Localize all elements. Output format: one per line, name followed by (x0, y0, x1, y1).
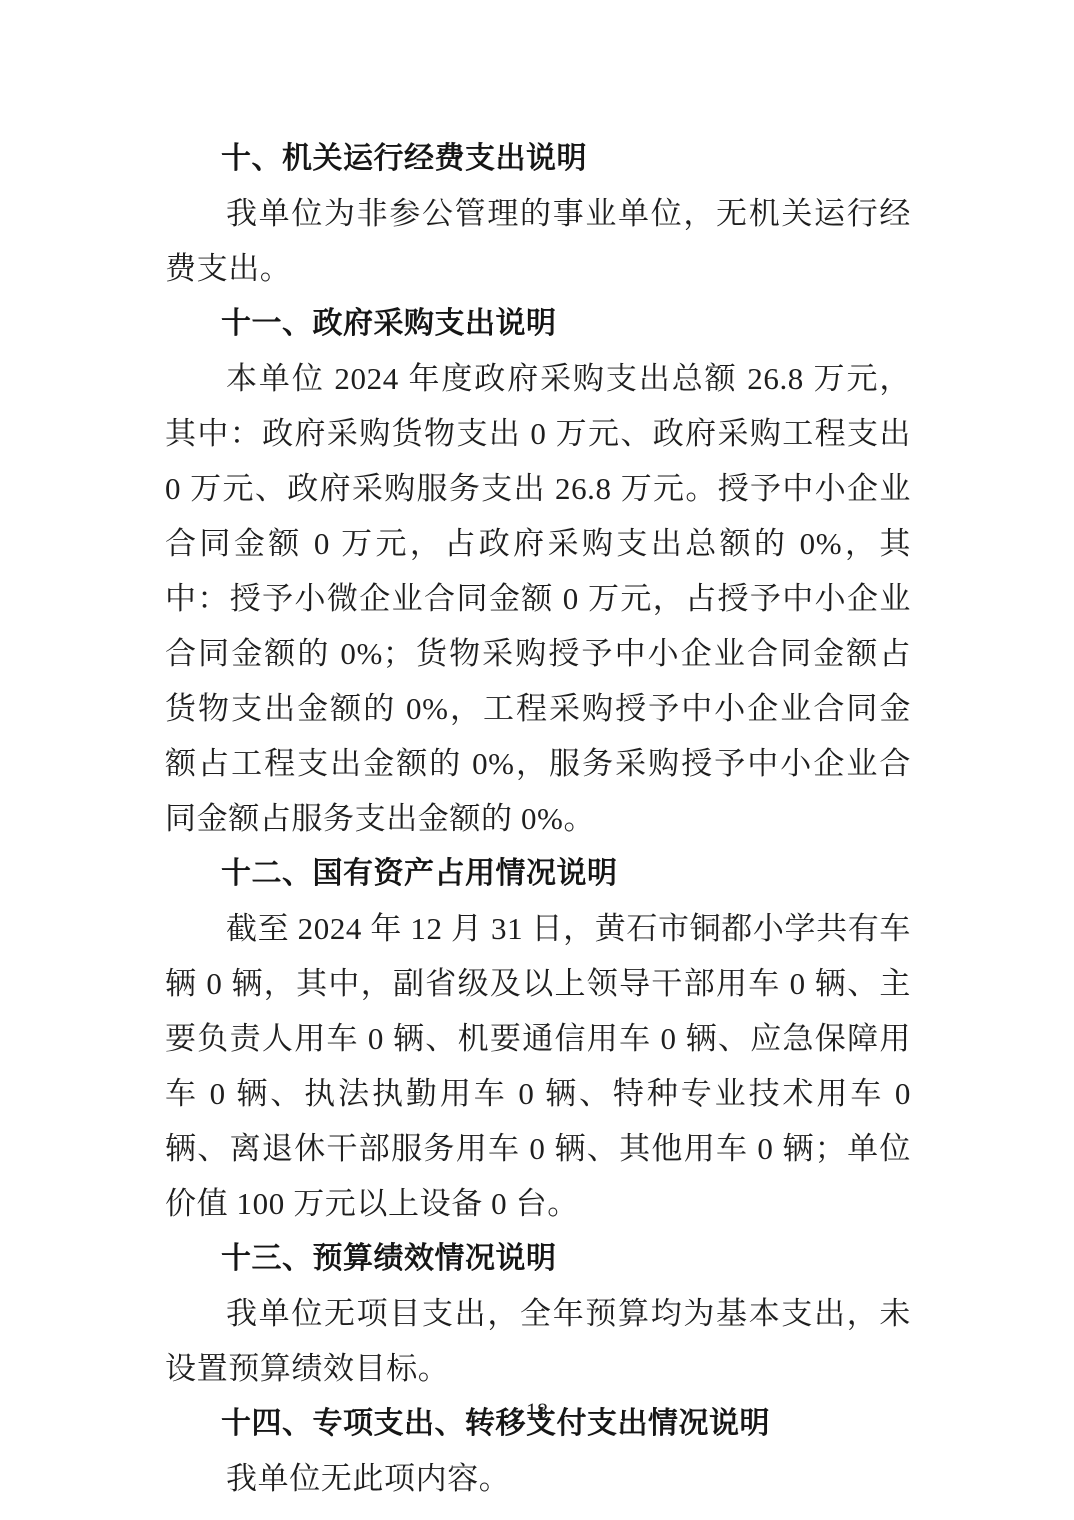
page-footer: 18 (0, 1398, 1074, 1424)
document-page: 十、机关运行经费支出说明我单位为非参公管理的事业单位，无机关运行经费支出。十一、… (0, 0, 1074, 1520)
page-number: 18 (526, 1398, 548, 1423)
section-3-paragraph-1: 截至 2024 年 12 月 31 日，黄石市铜都小学共有车辆 0 辆，其中，副… (165, 901, 911, 1231)
section-2-paragraph-1: 本单位 2024 年度政府采购支出总额 26.8 万元，其中：政府采购货物支出 … (165, 351, 911, 846)
section-5-paragraph-1: 我单位无此项内容。 (165, 1451, 911, 1506)
section-4-paragraph-1: 我单位无项目支出，全年预算均为基本支出，未设置预算绩效目标。 (165, 1286, 911, 1396)
document-body: 十、机关运行经费支出说明我单位为非参公管理的事业单位，无机关运行经费支出。十一、… (165, 131, 911, 1506)
section-heading-2: 十一、政府采购支出说明 (165, 296, 911, 351)
section-heading-4: 十三、预算绩效情况说明 (165, 1231, 911, 1286)
section-heading-1: 十、机关运行经费支出说明 (165, 131, 911, 186)
section-heading-3: 十二、国有资产占用情况说明 (165, 846, 911, 901)
section-1-paragraph-1: 我单位为非参公管理的事业单位，无机关运行经费支出。 (165, 186, 911, 296)
